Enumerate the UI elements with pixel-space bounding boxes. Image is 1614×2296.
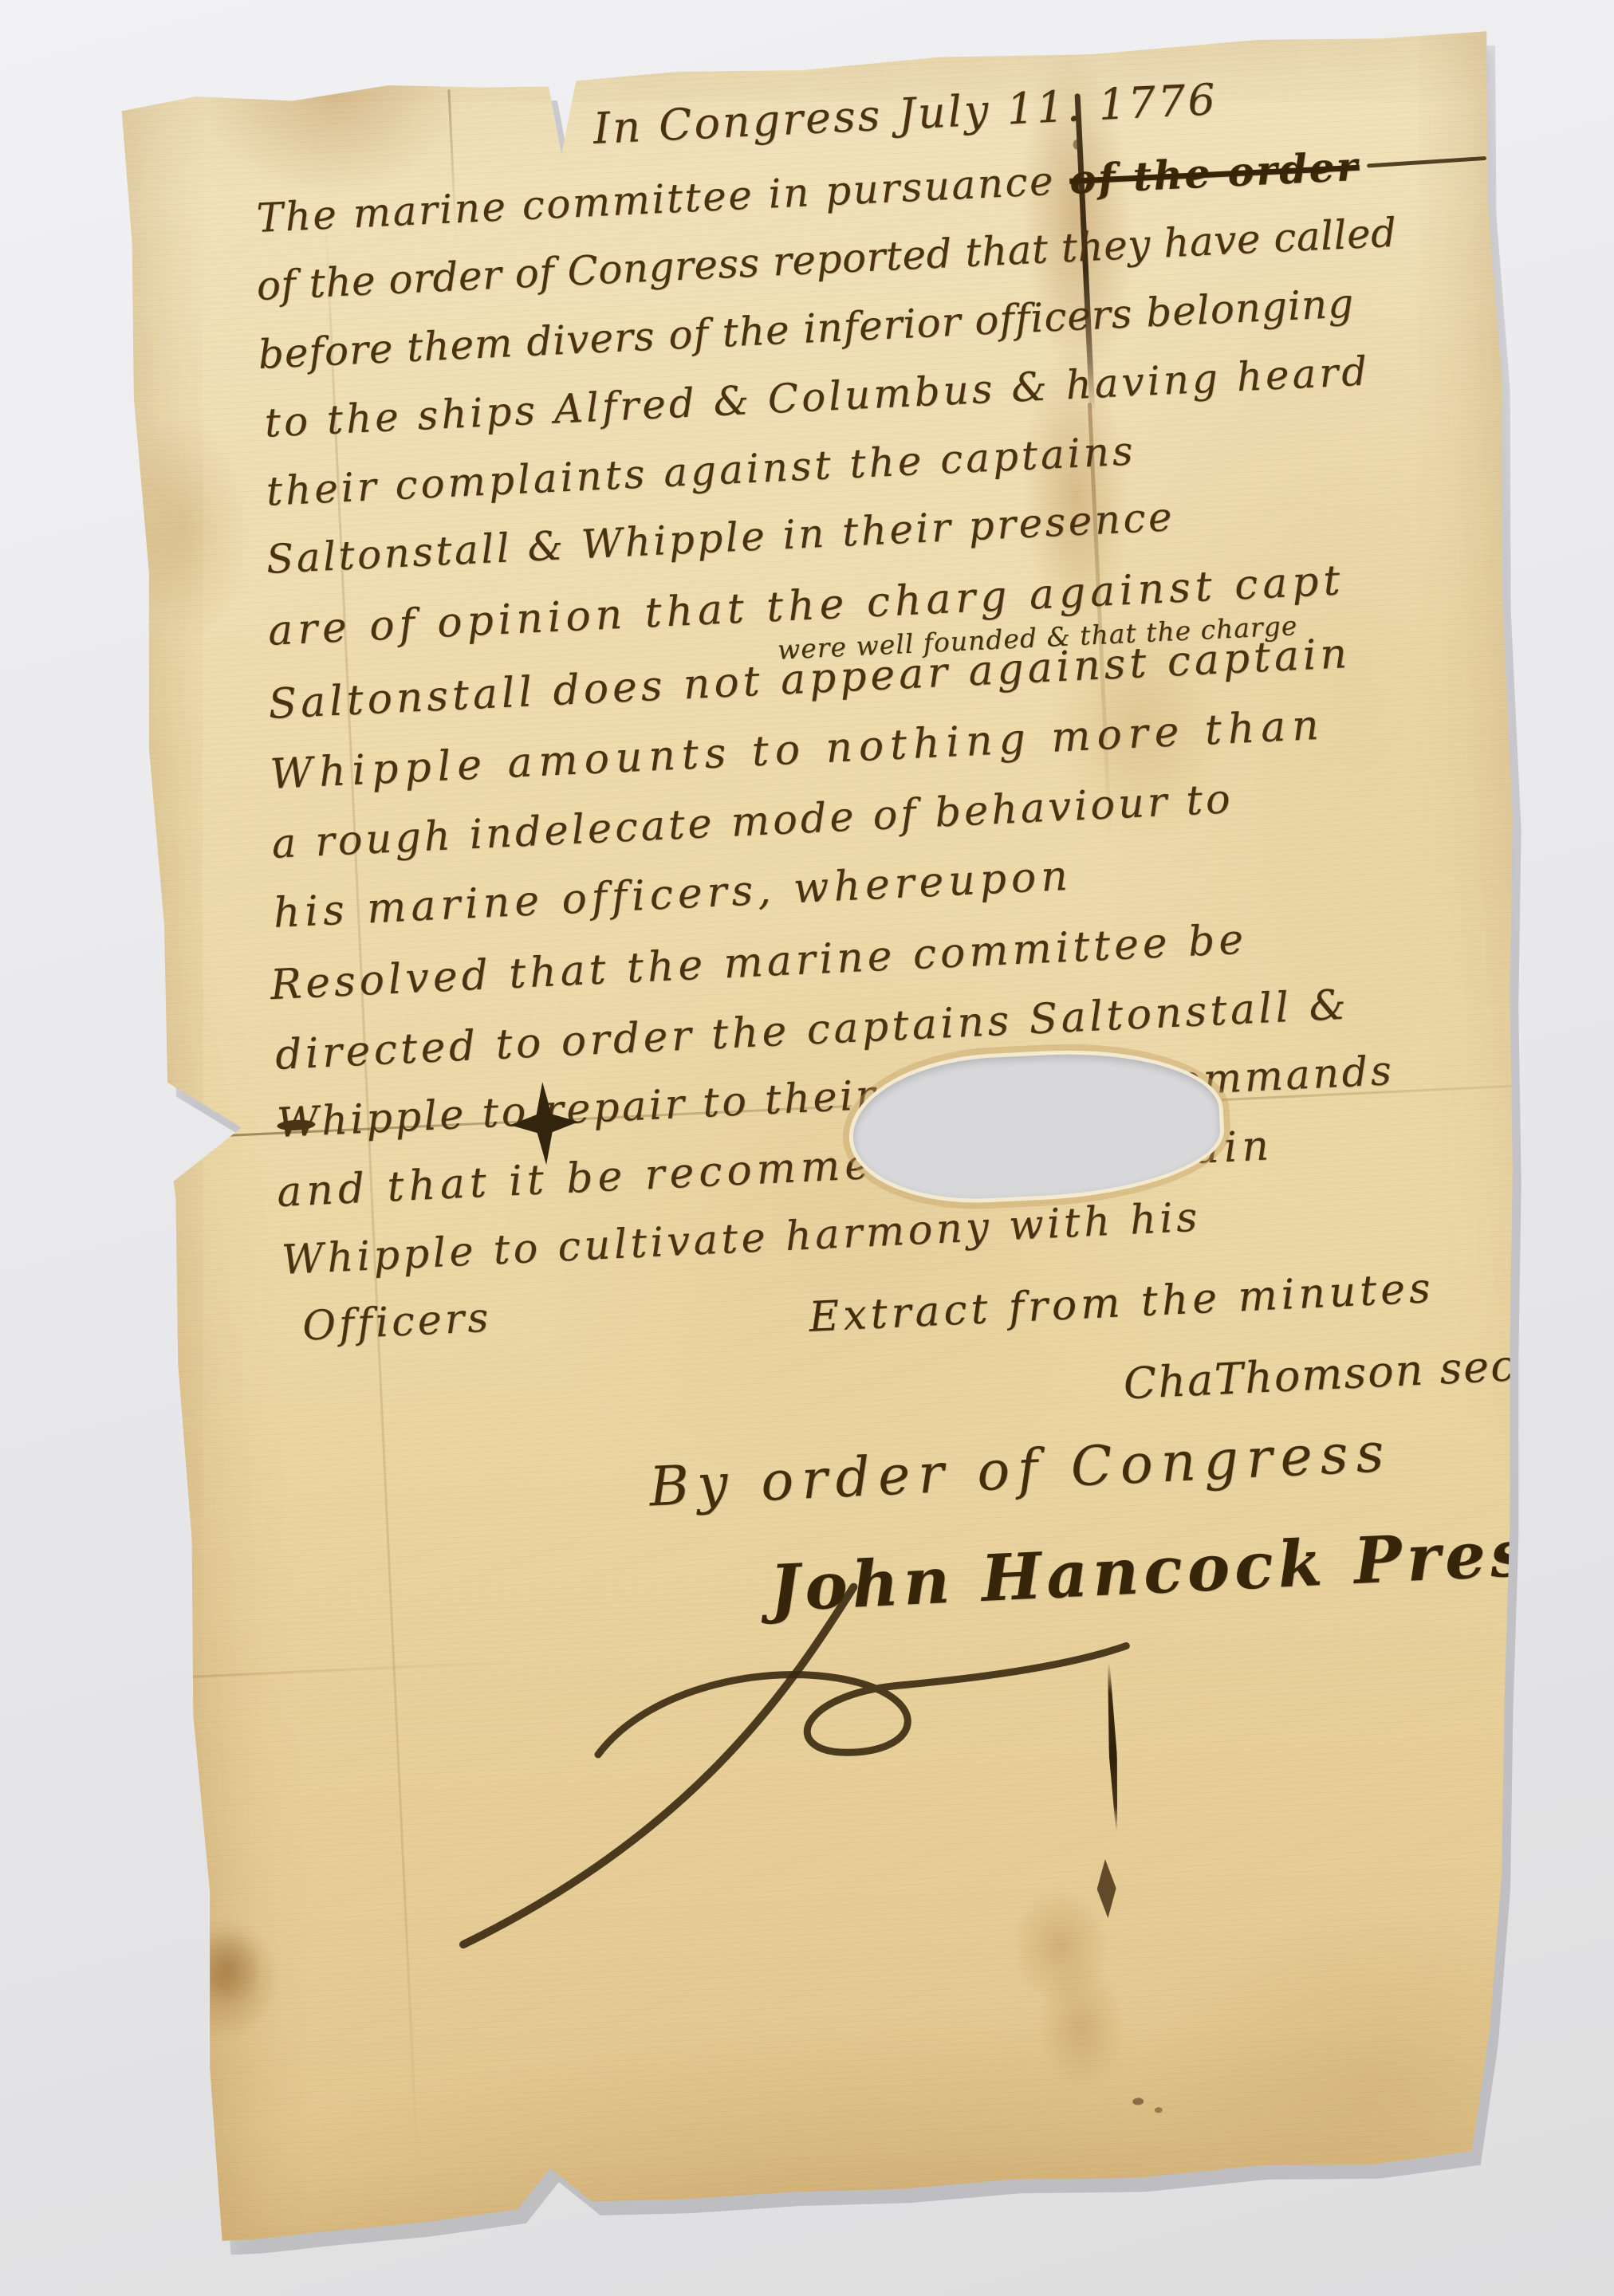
extract-line: Extract from the minutes	[808, 1264, 1435, 1342]
struck-out-text: of the order	[1069, 143, 1360, 203]
strike-extension-stroke	[1367, 156, 1486, 168]
manuscript-paper: In Congress July 11. 1776 The marine com…	[112, 25, 1594, 2287]
photograph-stage: In Congress July 11. 1776 The marine com…	[0, 0, 1614, 2296]
ink-speck	[1132, 2097, 1144, 2105]
line-text: The marine committee in pursuance	[255, 158, 1056, 242]
ink-speck	[1155, 2107, 1163, 2113]
manuscript-line: Officers	[301, 1295, 493, 1350]
signature-flourish	[439, 1550, 1158, 1965]
manuscript-line: his marine officers, whereupon	[272, 852, 1073, 938]
heading-line: In Congress July 11. 1776	[592, 74, 1218, 154]
secretary-signature: ChaThomson secy	[1122, 1339, 1543, 1409]
by-order-line: By order of Congress	[648, 1421, 1393, 1520]
